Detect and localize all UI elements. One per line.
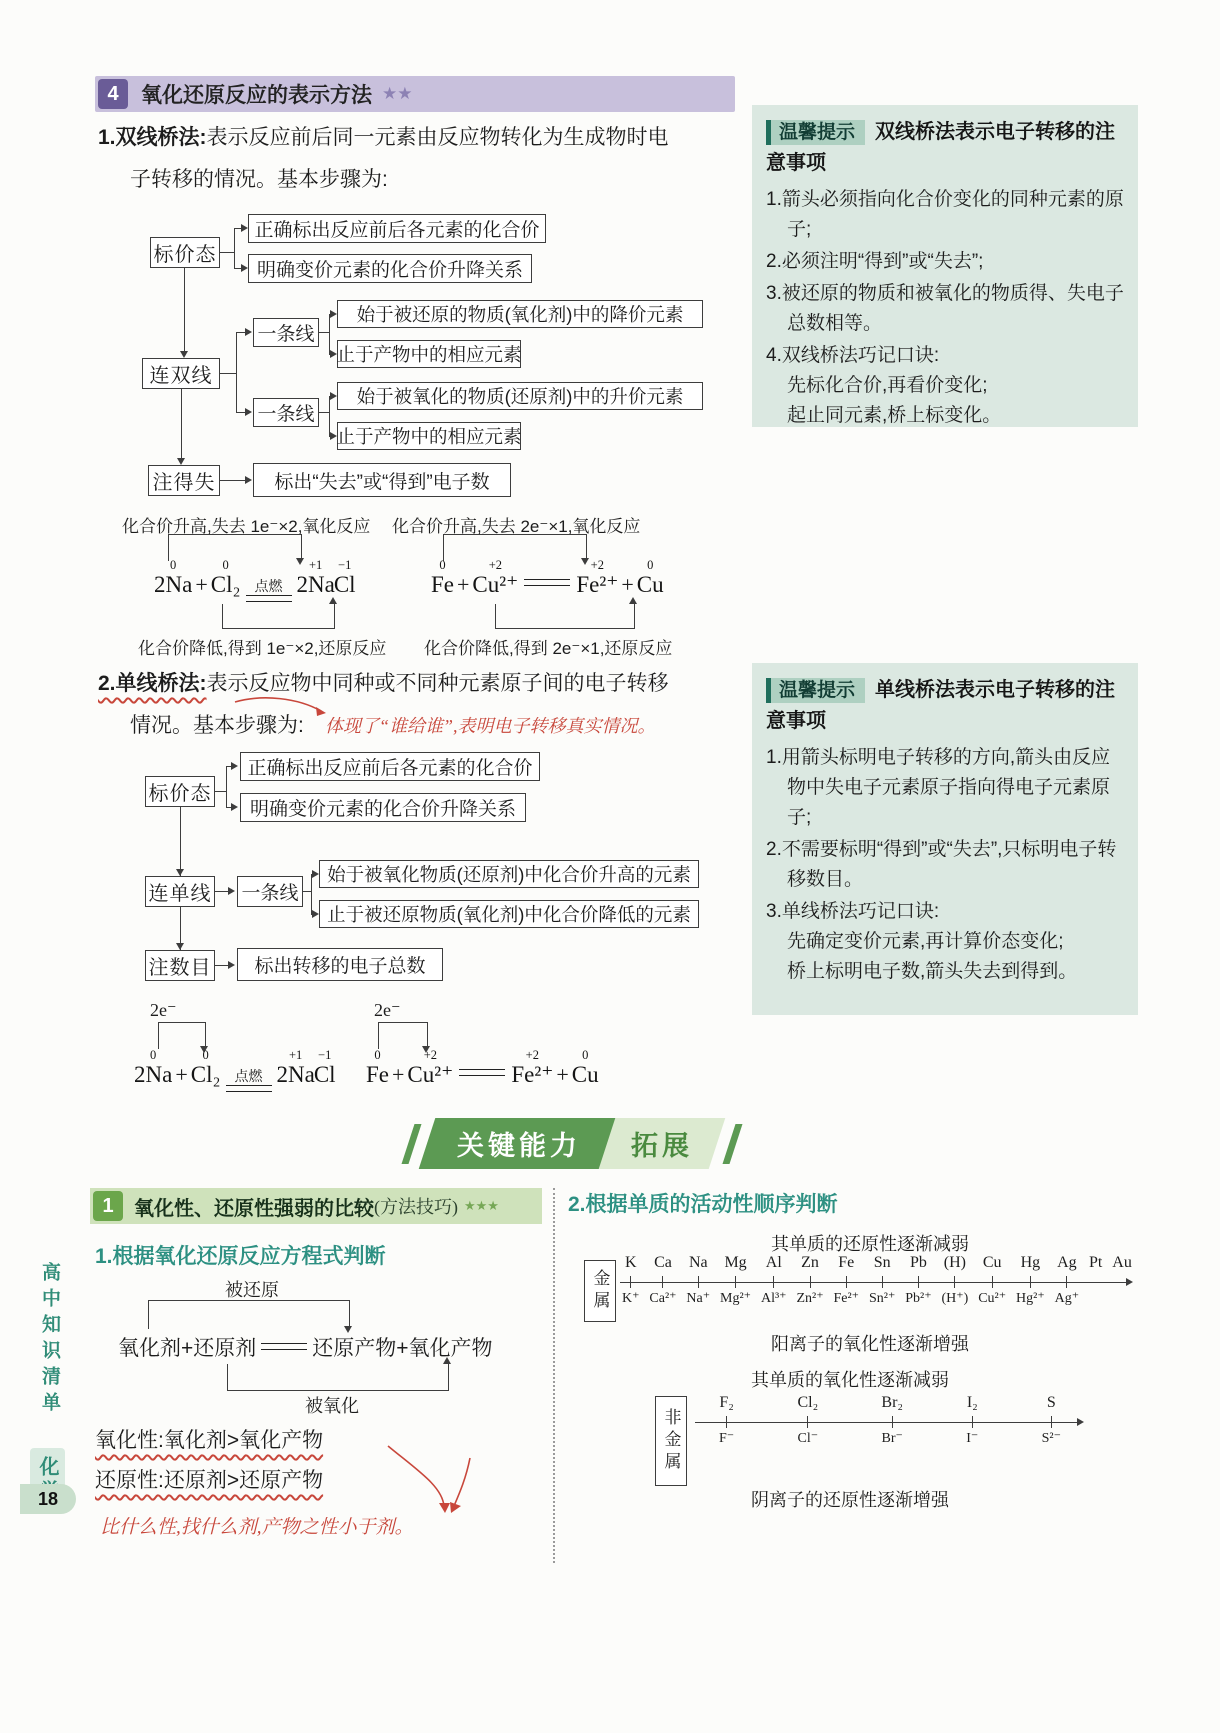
tip-box-single-bridge: 温馨提示单线桥法表示电子转移的注意事项 1.用箭头标明电子转移的方向,箭头由反应… (752, 663, 1138, 1015)
flow1-step1-branch2: 明确变价元素的化合价升降关系 (248, 254, 532, 283)
chem-species: −1Cl (334, 572, 356, 598)
connector-line (329, 396, 330, 437)
series-element: HgHg²⁺ (1016, 1254, 1045, 1310)
flow1-step1-branch1: 正确标出反应前后各元素的化合价 (248, 214, 546, 243)
arrow-up-icon (443, 1357, 451, 1364)
arrow-right-icon (245, 408, 252, 416)
chem-species: +2Fe²⁺ (576, 572, 618, 598)
series-element: MgMg²⁺ (720, 1254, 751, 1310)
difficulty-stars-icon: ★★★ (464, 1198, 499, 1214)
connector-line (236, 332, 237, 413)
connector-line (220, 252, 234, 253)
series-element: ZnZn²⁺ (796, 1254, 823, 1310)
reduced-label: 被还原 (225, 1276, 279, 1302)
chem-species: +2Fe²⁺ (511, 1062, 553, 1088)
chem-species: +12Na (277, 1062, 315, 1088)
flow2-step3-branch: 标出转移的电子总数 (237, 948, 443, 981)
chem-species: 02Na (134, 1062, 172, 1088)
handwritten-note: 比什么性,找什么剂,产物之性小于剂。 (100, 1512, 414, 1539)
ability-title-paren: (方法技巧) (374, 1193, 458, 1219)
arrow-right-icon (312, 870, 319, 878)
tip-title: 温馨提示双线桥法表示电子转移的注意事项 (766, 117, 1124, 179)
metal-activity-series: KK⁺CaCa²⁺NaNa⁺MgMg²⁺AlAl³⁺ZnZn²⁺FeFe²⁺Sn… (620, 1254, 1134, 1320)
tip-item: 4.双线桥法巧记口诀: 先标化合价,再看价变化; 起止同元素,桥上标变化。 (766, 341, 1124, 431)
single-bridge (378, 1022, 428, 1049)
electron-count-label: 2e⁻ (150, 1000, 177, 1021)
connector-line (215, 791, 226, 792)
nonmetal-series-columns: F₂F⁻Cl₂Cl⁻Br₂Br⁻I₂I⁻SS²⁻ (695, 1394, 1085, 1450)
arrow-right-icon (241, 264, 248, 272)
arrow-up-icon (329, 597, 337, 604)
chem-species: 0Cl₂ (211, 572, 241, 598)
flow2-step3: 注数目 (145, 950, 215, 981)
tip-item: 2.必须注明“得到”或“失去”; (766, 247, 1124, 277)
tip-item: 3.单线桥法巧记口诀: 先确定变价元素,再计算价态变化; 桥上标明电子数,箭头失… (766, 897, 1124, 987)
series-element: SnSn²⁺ (869, 1254, 895, 1310)
chem-species: 0Cu (637, 572, 664, 598)
flow1-step3-branch: 标出“失去”或“得到”电子数 (253, 463, 511, 497)
textbook-page: 4 氧化还原反应的表示方法 ★★ 1.双线桥法:表示反应前后同一元素由反应物转化… (0, 0, 1220, 1733)
equals-double-line (459, 1069, 505, 1076)
connector-line (226, 766, 227, 808)
subheading-activity-series: 2.根据单质的活动性顺序判断 (568, 1188, 838, 1218)
connector-line (303, 891, 311, 892)
flow2-step1-branch1: 正确标出反应前后各元素的化合价 (240, 752, 540, 781)
section-title: 氧化还原反应的表示方法 (141, 79, 372, 109)
reaction-condition: 点燃 (246, 579, 292, 602)
flow1-line-b-branch2: 止于产物中的相应元素 (337, 422, 521, 450)
plus-sign: + (181, 1337, 193, 1360)
nonmetal-label-box: 非金属 (655, 1396, 687, 1486)
diagram-bridge-top (148, 1300, 350, 1329)
connector-line (181, 389, 182, 459)
chem-species: −1Cl (314, 1062, 336, 1088)
plus-sign: + (392, 1062, 404, 1088)
chem-species: +2Cu²⁺ (407, 1062, 453, 1088)
plus-sign: + (457, 572, 469, 598)
tip-box-double-bridge: 温馨提示双线桥法表示电子转移的注意事项 1.箭头必须指向化合价变化的同种元素的原… (752, 105, 1138, 427)
connector-line (319, 412, 329, 413)
electron-bridge-bottom (222, 604, 335, 629)
tip-chip: 温馨提示 (766, 678, 865, 703)
arrow-down-icon (176, 869, 184, 876)
connector-line (220, 373, 236, 374)
connector-line (184, 268, 185, 354)
banner-right: 拓展 (599, 1118, 726, 1169)
connector-line (180, 807, 181, 876)
equals-double-line (226, 1085, 272, 1092)
equals-double-line (261, 1343, 307, 1350)
arrow-right-icon (241, 224, 248, 232)
plus-sign: + (396, 1337, 408, 1360)
page-number: 18 (20, 1484, 76, 1514)
series-element: SS²⁻ (1042, 1394, 1061, 1450)
series-element: NaNa⁺ (686, 1254, 710, 1310)
tip-chip: 温馨提示 (766, 120, 865, 145)
slash-decoration (723, 1124, 743, 1164)
plus-sign: + (556, 1062, 568, 1088)
plus-sign: + (195, 572, 207, 598)
ability-header: 1 氧化性、还原性强弱的比较 (方法技巧) ★★★ (90, 1188, 542, 1224)
plus-sign: + (621, 572, 633, 598)
connector-line (215, 965, 229, 966)
red-arrow-annotation (233, 692, 333, 720)
connector-line (220, 480, 246, 481)
metal-series-columns: KK⁺CaCa²⁺NaNa⁺MgMg²⁺AlAl³⁺ZnZn²⁺FeFe²⁺Sn… (620, 1254, 1134, 1310)
column-divider (553, 1188, 555, 1563)
electron-bridge-bottom (495, 604, 635, 629)
equation-fe-cu-single: 0Fe++2Cu²⁺+2Fe²⁺+0Cu (365, 1046, 600, 1088)
arrow-down-icon (177, 458, 185, 465)
series-element: Cl₂Cl⁻ (797, 1394, 818, 1450)
method1-label: 1.双线桥法: (98, 126, 207, 149)
flow1-step1: 标价态 (150, 237, 220, 268)
tip-item: 1.用箭头标明电子转移的方向,箭头由反应物中失电子元素原子指向得电子元素原子; (766, 743, 1124, 833)
series-element: (H)(H⁺) (942, 1254, 969, 1310)
tip-item-list: 1.用箭头标明电子转移的方向,箭头由反应物中失电子元素原子指向得电子元素原子;2… (766, 743, 1124, 987)
reducing-strength-rule: 还原性:还原剂>还原产物 (95, 1464, 323, 1494)
banner-left: 关键能力 (419, 1118, 620, 1169)
flow1-line-a-branch2: 止于产物中的相应元素 (337, 340, 521, 368)
flow1-line-b-branch1: 始于被氧化的物质(还原剂)中的升价元素 (337, 382, 703, 410)
arrow-up-icon (629, 597, 637, 604)
arrow-down-icon (176, 943, 184, 950)
connector-line (319, 332, 329, 333)
redox-general-equation: 氧化剂+还原剂还原产物+氧化产物 (118, 1332, 493, 1362)
flow1-line-b: 一条线 (253, 398, 319, 427)
sidebar-series-title: 高中知识清单 (36, 1262, 63, 1418)
chem-species: +2Cu²⁺ (472, 572, 518, 598)
series-element: FeFe²⁺ (833, 1254, 859, 1310)
method2-label: 2.单线桥法: (98, 672, 207, 695)
metal-bottom-note: 阳离子的氧化性逐渐增强 (620, 1330, 1120, 1356)
section-header: 4 氧化还原反应的表示方法 ★★ (95, 76, 735, 112)
flow2-step2: 连单线 (145, 876, 215, 907)
series-element: Pt (1089, 1254, 1102, 1310)
slash-decoration (402, 1124, 422, 1164)
reduction-label-right: 化合价降低,得到 2e⁻×1,还原反应 (424, 634, 672, 659)
reduction-label-left: 化合价降低,得到 1e⁻×2,还原反应 (138, 634, 386, 659)
series-element: AgAg⁺ (1055, 1254, 1080, 1310)
diagram-bridge-bottom (227, 1364, 449, 1391)
red-arrows-annotation (382, 1442, 477, 1522)
ability-number-badge: 1 (93, 1191, 123, 1221)
flow2-line-branch1: 始于被氧化物质(还原剂)中化合价升高的元素 (319, 860, 699, 888)
method1-text-line1: 1.双线桥法:表示反应前后同一元素由反应物转化为生成物时电 (98, 122, 669, 154)
metal-label-box: 金属 (584, 1260, 616, 1322)
arrow-right-icon (330, 310, 337, 318)
arrow-right-icon (231, 803, 238, 811)
arrow-right-icon (228, 961, 235, 969)
connector-line (311, 874, 312, 915)
arrow-right-icon (312, 910, 319, 918)
flow1-line-a: 一条线 (253, 318, 319, 347)
tip-item: 3.被还原的物质和被氧化的物质得、失电子总数相等。 (766, 279, 1124, 339)
chem-species: 0Fe (431, 572, 454, 598)
method2-text-line1: 2.单线桥法:表示反应物中同种或不同种元素原子间的电子转移 (98, 668, 669, 700)
chem-species: 0Cl₂ (191, 1062, 221, 1088)
series-element: CuCu²⁺ (978, 1254, 1006, 1310)
series-element: Au (1112, 1254, 1132, 1310)
subheading-equation-method: 1.根据氧化还原反应方程式判断 (95, 1240, 386, 1270)
arrow-right-icon (245, 476, 252, 484)
series-element: F₂F⁻ (719, 1394, 734, 1450)
oxidizing-strength-rule: 氧化性:氧化剂>氧化产物 (95, 1424, 323, 1454)
section-number-badge: 4 (98, 79, 128, 109)
chem-species: +12Na (297, 572, 335, 598)
oxidant: 氧化剂 (118, 1337, 181, 1360)
tip-item: 1.箭头必须指向化合价变化的同种元素的原子; (766, 185, 1124, 245)
equals-double-line (246, 595, 292, 602)
arrow-right-icon (245, 328, 252, 336)
handwritten-note: 体现了“谁给谁”,表明电子转移真实情况。 (325, 712, 656, 738)
reaction-condition: 点燃 (226, 1069, 272, 1092)
connector-line (329, 314, 330, 355)
series-element: PbPb²⁺ (905, 1254, 931, 1310)
single-bridge (158, 1022, 206, 1049)
method1-text-line2: 子转移的情况。基本步骤为: (130, 164, 388, 196)
reduction-product: 还原产物 (312, 1337, 396, 1360)
flow2-line-branch2: 止于被还原物质(氧化剂)中化合价降低的元素 (319, 900, 699, 928)
series-element: CaCa²⁺ (649, 1254, 676, 1310)
tip-item: 2.不需要标明“得到”或“失去”,只标明电子转移数目。 (766, 835, 1124, 895)
method1-desc: 表示反应前后同一元素由反应物转化为生成物时电 (207, 126, 669, 149)
chem-species: 0Fe (366, 1062, 389, 1088)
flow2-line: 一条线 (237, 876, 303, 907)
equals-double-line (524, 579, 570, 586)
series-element: Br₂Br⁻ (881, 1394, 903, 1450)
arrow-right-icon (228, 887, 235, 895)
arrow-right-icon (231, 762, 238, 770)
ability-title: 氧化性、还原性强弱的比较 (134, 1192, 374, 1221)
equation-na-cl-single: 02Na+0Cl₂点燃+12Na−1Cl (133, 1046, 337, 1092)
metal-top-note: 其单质的还原性逐渐减弱 (620, 1230, 1120, 1256)
flow1-line-a-branch1: 始于被还原的物质(氧化剂)中的降价元素 (337, 300, 703, 328)
chem-species: 02Na (154, 572, 192, 598)
electron-count-label: 2e⁻ (374, 1000, 401, 1021)
connector-line (215, 891, 229, 892)
plus-sign: + (175, 1062, 187, 1088)
key-ability-banner: 关键能力 拓展 (408, 1118, 736, 1169)
nonmetal-top-note: 其单质的氧化性逐渐减弱 (620, 1366, 1080, 1392)
connector-line (234, 228, 235, 269)
series-element: AlAl³⁺ (761, 1254, 787, 1310)
flow2-step1: 标价态 (145, 776, 215, 807)
arrow-right-icon (330, 392, 337, 400)
flow1-step2: 连双线 (142, 358, 220, 389)
chem-species: 0Cu (572, 1062, 599, 1088)
reductant: 还原剂 (193, 1337, 256, 1360)
flow1-step3: 注得失 (148, 465, 220, 496)
difficulty-stars-icon: ★★ (382, 84, 412, 104)
nonmetal-bottom-note: 阴离子的还原性逐渐增强 (620, 1486, 1080, 1512)
equation-na-cl: 02Na+0Cl₂点燃+12Na−1Cl (153, 556, 357, 602)
series-element: KK⁺ (622, 1254, 640, 1310)
series-element: I₂I⁻ (966, 1394, 978, 1450)
equation-fe-cu: 0Fe++2Cu²⁺+2Fe²⁺+0Cu (430, 556, 665, 598)
tip-title: 温馨提示单线桥法表示电子转移的注意事项 (766, 675, 1124, 737)
tip-item-list: 1.箭头必须指向化合价变化的同种元素的原子;2.必须注明“得到”或“失去”;3.… (766, 185, 1124, 431)
arrow-down-icon (180, 351, 188, 358)
oxidized-label: 被氧化 (305, 1392, 359, 1418)
nonmetal-activity-series: F₂F⁻Cl₂Cl⁻Br₂Br⁻I₂I⁻SS²⁻ (695, 1394, 1085, 1464)
flow2-step1-branch2: 明确变价元素的化合价升降关系 (240, 793, 526, 822)
